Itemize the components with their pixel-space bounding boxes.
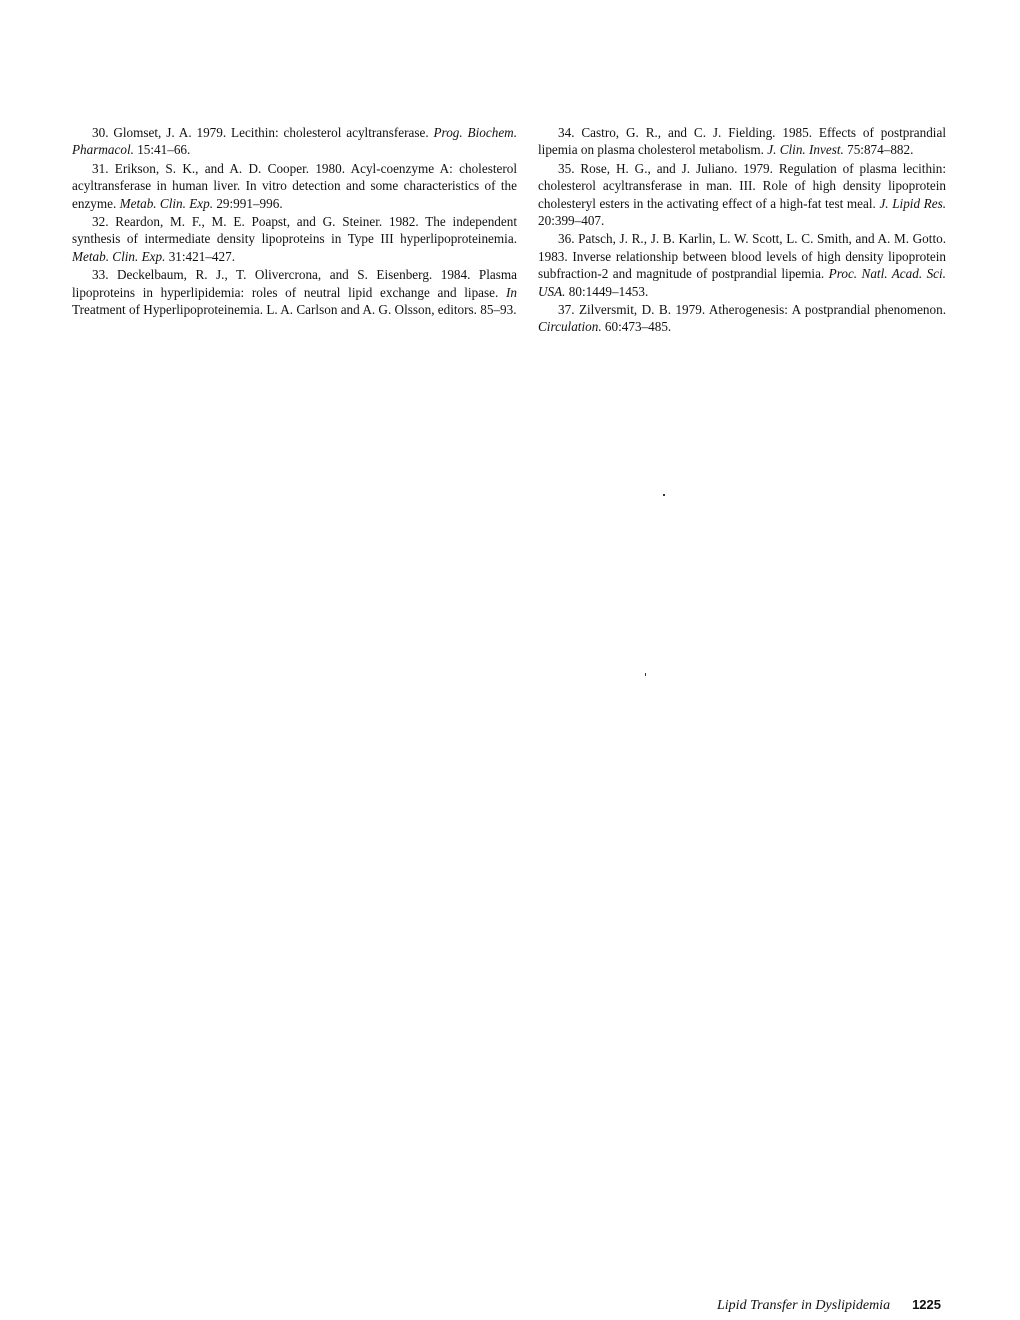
ref-citation: 80:1449–1453. [565, 284, 648, 299]
ref-number: 35. [558, 161, 574, 176]
ref-journal: Metab. Clin. Exp. [120, 196, 213, 211]
ref-journal: In [506, 285, 517, 300]
reference-32: 32. Reardon, M. F., M. E. Poapst, and G.… [72, 213, 517, 265]
ref-journal: Circulation. [538, 319, 602, 334]
ref-text: Deckelbaum, R. J., T. Olivercrona, and S… [72, 267, 517, 299]
ref-number: 30. [92, 125, 108, 140]
reference-30: 30. Glomset, J. A. 1979. Lecithin: chole… [72, 124, 517, 159]
ref-number: 37. [558, 302, 574, 317]
reference-35: 35. Rose, H. G., and J. Juliano. 1979. R… [538, 160, 946, 230]
ref-citation: 15:41–66. [134, 142, 190, 157]
reference-36: 36. Patsch, J. R., J. B. Karlin, L. W. S… [538, 230, 946, 300]
ref-number: 31. [92, 161, 108, 176]
references-column-right: 34. Castro, G. R., and C. J. Fielding. 1… [538, 124, 946, 337]
ref-citation: Treatment of Hyperlipoproteinemia. L. A.… [72, 302, 517, 317]
ref-citation: 60:473–485. [602, 319, 672, 334]
running-title: Lipid Transfer in Dyslipidemia [717, 1298, 890, 1313]
ref-journal: J. Clin. Invest. [767, 142, 844, 157]
reference-37: 37. Zilversmit, D. B. 1979. Atherogenesi… [538, 301, 946, 336]
page-footer: Lipid Transfer in Dyslipidemia1225 [717, 1297, 941, 1314]
ref-citation: 29:991–996. [213, 196, 283, 211]
scan-speck [663, 494, 665, 496]
ref-citation: 75:874–882. [844, 142, 914, 157]
reference-33: 33. Deckelbaum, R. J., T. Olivercrona, a… [72, 266, 517, 318]
ref-number: 34. [558, 125, 574, 140]
ref-citation: 20:399–407. [538, 213, 604, 228]
ref-journal: J. Lipid Res. [879, 196, 946, 211]
ref-number: 33. [92, 267, 108, 282]
ref-number: 32. [92, 214, 108, 229]
ref-number: 36. [558, 231, 574, 246]
references-column-left: 30. Glomset, J. A. 1979. Lecithin: chole… [72, 124, 517, 319]
reference-31: 31. Erikson, S. K., and A. D. Cooper. 19… [72, 160, 517, 212]
ref-journal: Metab. Clin. Exp. [72, 249, 165, 264]
ref-text: Zilversmit, D. B. 1979. Atherogenesis: A… [574, 302, 946, 317]
ref-citation: 31:421–427. [165, 249, 235, 264]
ref-text: Reardon, M. F., M. E. Poapst, and G. Ste… [72, 214, 517, 246]
scan-speck [645, 673, 646, 676]
ref-text: Glomset, J. A. 1979. Lecithin: cholester… [108, 125, 433, 140]
page-number: 1225 [912, 1297, 941, 1312]
reference-34: 34. Castro, G. R., and C. J. Fielding. 1… [538, 124, 946, 159]
